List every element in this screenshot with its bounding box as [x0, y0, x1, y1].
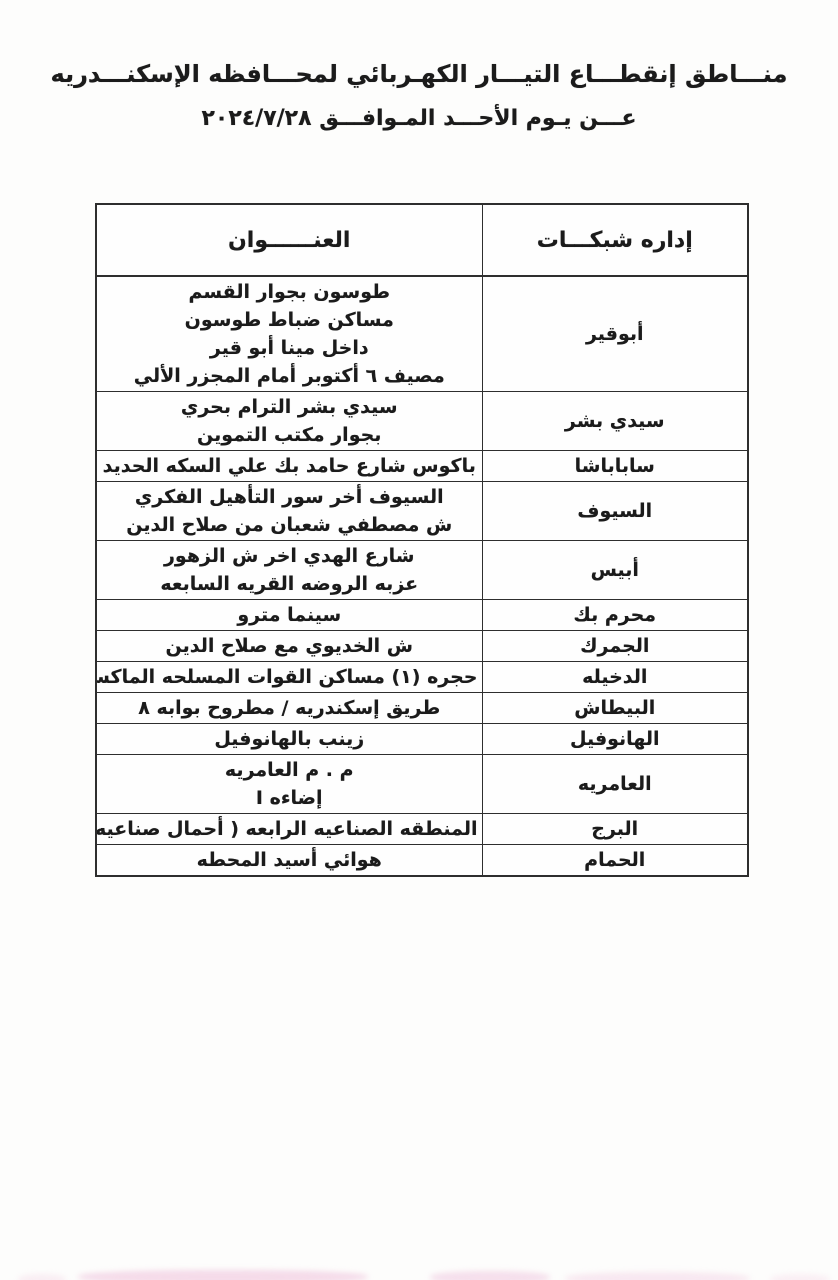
table-row: الجمركش الخديوي مع صلاح الدين [96, 631, 748, 662]
table-row: العامريهم . م العامريهإضاءه I [96, 755, 748, 814]
district-cell: ساباباشا [482, 451, 748, 482]
district-cell: الحمام [482, 845, 748, 877]
address-line: بجوار مكتب التموين [101, 421, 478, 449]
address-line: عزبه الروضه القريه السابعه [101, 570, 478, 598]
address-line: باكوس شارع حامد بك علي السكه الحديد [101, 452, 478, 480]
outage-table: إداره شبكـــات العنــــــوان أبوقيرطوسون… [95, 203, 749, 877]
address-line: ش الخديوي مع صلاح الدين [101, 632, 478, 660]
page-bottom-bleed-artifact [0, 1258, 838, 1280]
address-line: مساكن ضباط طوسون [101, 306, 478, 334]
address-cell: طوسون بجوار القسممساكن ضباط طوسونداخل مي… [96, 276, 482, 392]
address-cell: سينما مترو [96, 600, 482, 631]
address-line: طريق إسكندريه / مطروح بوابه ٨ [101, 694, 478, 722]
district-cell: البرج [482, 814, 748, 845]
address-cell: طريق إسكندريه / مطروح بوابه ٨ [96, 693, 482, 724]
outage-table-head: إداره شبكـــات العنــــــوان [96, 204, 748, 276]
district-cell: الدخيله [482, 662, 748, 693]
address-line: إضاءه I [101, 784, 478, 812]
address-cell: ش الخديوي مع صلاح الدين [96, 631, 482, 662]
address-line: مصيف ٦ أكتوبر أمام المجزر الألي [101, 362, 478, 390]
table-row: أبوقيرطوسون بجوار القسممساكن ضباط طوسوند… [96, 276, 748, 392]
table-row: أبيسشارع الهدي اخر ش الزهورعزبه الروضه ا… [96, 541, 748, 600]
table-row: الدخيلهحجره (١) مساكن القوات المسلحه الم… [96, 662, 748, 693]
address-cell: م . م العامريهإضاءه I [96, 755, 482, 814]
table-row: السيوفالسيوف أخر سور التأهيل الفكريش مصط… [96, 482, 748, 541]
table-row: البيطاشطريق إسكندريه / مطروح بوابه ٨ [96, 693, 748, 724]
address-cell: هوائي أسيد المحطه [96, 845, 482, 877]
column-header-district: إداره شبكـــات [482, 204, 748, 276]
bleed-smudge [78, 1270, 368, 1280]
document-date-line: عـــن يـوم الأحـــد المـوافـــق ٢٠٢٤/٧/٢… [0, 96, 838, 142]
district-cell: العامريه [482, 755, 748, 814]
document-title: منـــاطق إنقطـــاع التيـــار الكهـربائي … [0, 52, 838, 96]
address-line: المنطقه الصناعيه الرابعه ( أحمال صناعيه … [101, 815, 478, 843]
address-line: داخل مينا أبو قير [101, 334, 478, 362]
address-line: حجره (١) مساكن القوات المسلحه الماكس [101, 663, 478, 691]
table-row: ساباباشاباكوس شارع حامد بك علي السكه الح… [96, 451, 748, 482]
column-header-address: العنــــــوان [96, 204, 482, 276]
bleed-smudge [18, 1274, 66, 1280]
outage-table-body: أبوقيرطوسون بجوار القسممساكن ضباط طوسوند… [96, 276, 748, 876]
table-row: الهانوفيلزينب بالهانوفيل [96, 724, 748, 755]
district-cell: سيدي بشر [482, 392, 748, 451]
address-line: شارع الهدي اخر ش الزهور [101, 542, 478, 570]
table-row: سيدي بشرسيدي بشر الترام بحريبجوار مكتب ا… [96, 392, 748, 451]
district-cell: السيوف [482, 482, 748, 541]
district-cell: البيطاش [482, 693, 748, 724]
bleed-smudge [770, 1274, 830, 1280]
address-line: زينب بالهانوفيل [101, 725, 478, 753]
address-line: ش مصطفي شعبان من صلاح الدين [101, 511, 478, 539]
header-row: إداره شبكـــات العنــــــوان [96, 204, 748, 276]
district-cell: أبيس [482, 541, 748, 600]
address-cell: حجره (١) مساكن القوات المسلحه الماكس [96, 662, 482, 693]
district-cell: الجمرك [482, 631, 748, 662]
table-row: الحمامهوائي أسيد المحطه [96, 845, 748, 877]
address-line: طوسون بجوار القسم [101, 278, 478, 306]
address-cell: سيدي بشر الترام بحريبجوار مكتب التموين [96, 392, 482, 451]
scanned-page: منـــاطق إنقطـــاع التيـــار الكهـربائي … [0, 0, 838, 1280]
district-cell: أبوقير [482, 276, 748, 392]
address-cell: شارع الهدي اخر ش الزهورعزبه الروضه القري… [96, 541, 482, 600]
address-line: سينما مترو [101, 601, 478, 629]
address-line: م . م العامريه [101, 756, 478, 784]
address-line: سيدي بشر الترام بحري [101, 393, 478, 421]
table-row: البرجالمنطقه الصناعيه الرابعه ( أحمال صن… [96, 814, 748, 845]
bleed-smudge [430, 1271, 550, 1280]
address-line: السيوف أخر سور التأهيل الفكري [101, 483, 478, 511]
district-cell: الهانوفيل [482, 724, 748, 755]
bleed-smudge [565, 1272, 750, 1280]
address-cell: السيوف أخر سور التأهيل الفكريش مصطفي شعب… [96, 482, 482, 541]
document-header: منـــاطق إنقطـــاع التيـــار الكهـربائي … [0, 52, 838, 142]
address-cell: المنطقه الصناعيه الرابعه ( أحمال صناعيه … [96, 814, 482, 845]
table-row: محرم بكسينما مترو [96, 600, 748, 631]
district-cell: محرم بك [482, 600, 748, 631]
address-cell: باكوس شارع حامد بك علي السكه الحديد [96, 451, 482, 482]
address-line: هوائي أسيد المحطه [101, 846, 478, 874]
address-cell: زينب بالهانوفيل [96, 724, 482, 755]
